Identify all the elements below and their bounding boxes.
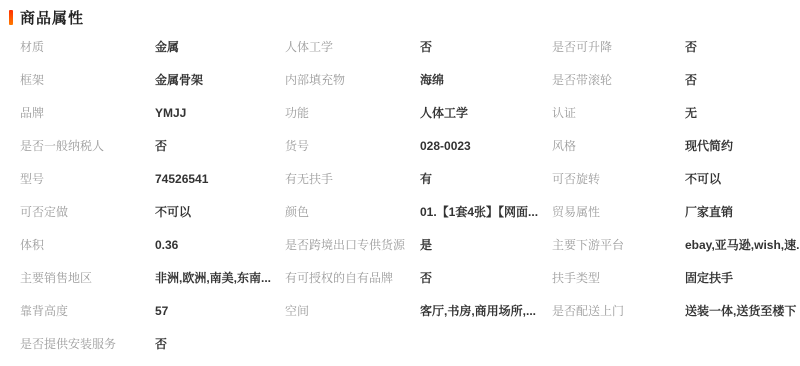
attribute-label: 可否定做 [0,196,155,229]
attribute-value: 不可以 [155,196,285,229]
attribute-label: 认证 [552,97,685,130]
attribute-label: 是否提供安装服务 [0,328,155,361]
attribute-label: 主要销售地区 [0,262,155,295]
attribute-label: 人体工学 [285,31,420,64]
attribute-value: 74526541 [155,163,285,196]
attribute-value: 海绵 [420,64,552,97]
attribute-label: 型号 [0,163,155,196]
attribute-label: 靠背高度 [0,295,155,328]
table-row: 体积 0.36 是否跨境出口专供货源 是 主要下游平台 ebay,亚马逊,wis… [0,229,800,262]
attribute-label: 体积 [0,229,155,262]
attribute-value: 028-0023 [420,130,552,163]
attribute-value: 现代简约 [685,130,800,163]
attribute-label: 是否可升降 [552,31,685,64]
product-attributes-panel: 商品属性 材质 金属 人体工学 否 是否可升降 否 框架 金属骨架 内部填充物 … [0,0,800,366]
attribute-value: 否 [685,31,800,64]
table-row: 品牌 YMJJ 功能 人体工学 认证 无 [0,97,800,130]
table-row: 材质 金属 人体工学 否 是否可升降 否 [0,31,800,64]
attributes-table: 材质 金属 人体工学 否 是否可升降 否 框架 金属骨架 内部填充物 海绵 是否… [0,31,800,361]
attribute-value: 厂家直销 [685,196,800,229]
table-row: 可否定做 不可以 颜色 01.【1套4张】【网面... 贸易属性 厂家直销 [0,196,800,229]
attribute-value: 金属 [155,31,285,64]
table-row: 框架 金属骨架 内部填充物 海绵 是否带滚轮 否 [0,64,800,97]
attribute-label: 材质 [0,31,155,64]
attribute-value: ebay,亚马逊,wish,速... [685,229,800,262]
attribute-value: 否 [155,130,285,163]
attribute-label: 功能 [285,97,420,130]
table-row: 型号 74526541 有无扶手 有 可否旋转 不可以 [0,163,800,196]
attribute-value: 01.【1套4张】【网面... [420,196,552,229]
attribute-value: 非洲,欧洲,南美,东南... [155,262,285,295]
attribute-label: 框架 [0,64,155,97]
attribute-value: 有 [420,163,552,196]
attribute-value: 是 [420,229,552,262]
attribute-label: 风格 [552,130,685,163]
attribute-value: 不可以 [685,163,800,196]
attribute-label: 品牌 [0,97,155,130]
attribute-label: 是否跨境出口专供货源 [285,229,420,262]
attribute-value: 57 [155,295,285,328]
attribute-label: 可否旋转 [552,163,685,196]
attribute-label: 扶手类型 [552,262,685,295]
attribute-value: 0.36 [155,229,285,262]
table-row: 是否一般纳税人 否 货号 028-0023 风格 现代简约 [0,130,800,163]
panel-header: 商品属性 [0,0,800,26]
attribute-value: 否 [420,31,552,64]
attribute-label: 空间 [285,295,420,328]
attribute-value: 送装一体,送货至楼下 [685,295,800,328]
attribute-value: 金属骨架 [155,64,285,97]
attribute-label: 有可授权的自有品牌 [285,262,420,295]
attribute-value: YMJJ [155,97,285,130]
attribute-value: 人体工学 [420,97,552,130]
table-row: 靠背高度 57 空间 客厅,书房,商用场所,... 是否配送上门 送装一体,送货… [0,295,800,328]
attribute-value: 否 [420,262,552,295]
attribute-label: 是否配送上门 [552,295,685,328]
attribute-label: 颜色 [285,196,420,229]
attribute-label: 是否带滚轮 [552,64,685,97]
table-row: 是否提供安装服务 否 [0,328,800,361]
attribute-value: 固定扶手 [685,262,800,295]
table-row: 主要销售地区 非洲,欧洲,南美,东南... 有可授权的自有品牌 否 扶手类型 固… [0,262,800,295]
accent-bar-icon [9,10,13,25]
attribute-value: 否 [685,64,800,97]
attribute-label: 贸易属性 [552,196,685,229]
attribute-label: 有无扶手 [285,163,420,196]
attribute-value: 否 [155,328,285,361]
attribute-label: 是否一般纳税人 [0,130,155,163]
attribute-label: 货号 [285,130,420,163]
attribute-value: 无 [685,97,800,130]
panel-title: 商品属性 [20,7,84,28]
attribute-label: 内部填充物 [285,64,420,97]
attribute-label: 主要下游平台 [552,229,685,262]
attribute-value: 客厅,书房,商用场所,... [420,295,552,328]
